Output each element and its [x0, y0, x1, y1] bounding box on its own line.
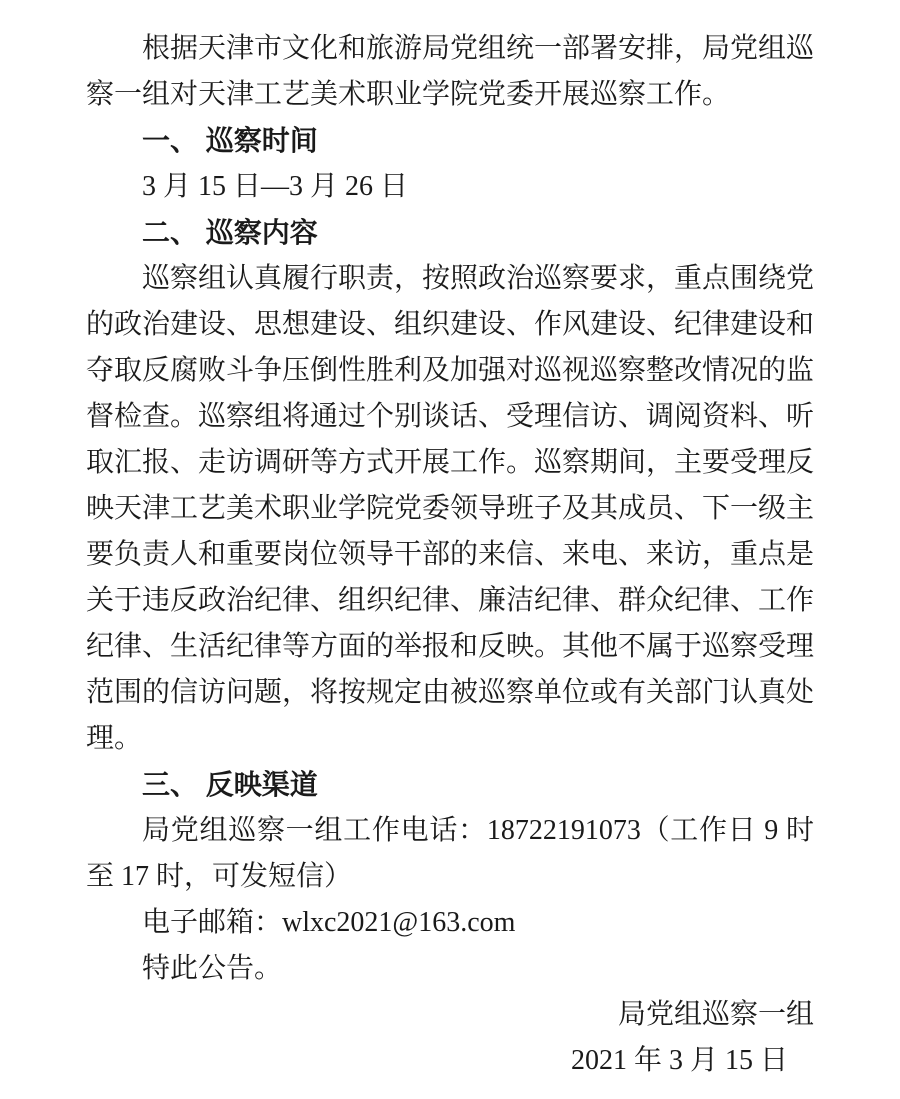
intro-paragraph: 根据天津市文化和旅游局党组统一部署安排，局党组巡察一组对天津工艺美术职业学院党委… — [86, 26, 814, 118]
section-1-heading: 一、 巡察时间 — [86, 118, 814, 164]
contact-phone-line: 局党组巡察一组工作电话：18722191073（工作日 9 时至 17 时，可发… — [86, 808, 814, 900]
document-page: 根据天津市文化和旅游局党组统一部署安排，局党组巡察一组对天津工艺美术职业学院党委… — [0, 0, 814, 1084]
contact-email-line: 电子邮箱：wlxc2021@163.com — [86, 900, 814, 946]
section-3-heading: 三、 反映渠道 — [86, 762, 814, 808]
signature: 局党组巡察一组 — [86, 992, 814, 1038]
date: 2021 年 3 月 15 日 — [86, 1038, 814, 1084]
inspection-time-text: 3 月 15 日—3 月 26 日 — [86, 164, 814, 210]
closing-note: 特此公告。 — [86, 946, 814, 992]
inspection-content-paragraph: 巡察组认真履行职责，按照政治巡察要求，重点围绕党的政治建设、思想建设、组织建设、… — [86, 256, 814, 762]
section-2-heading: 二、 巡察内容 — [86, 210, 814, 256]
